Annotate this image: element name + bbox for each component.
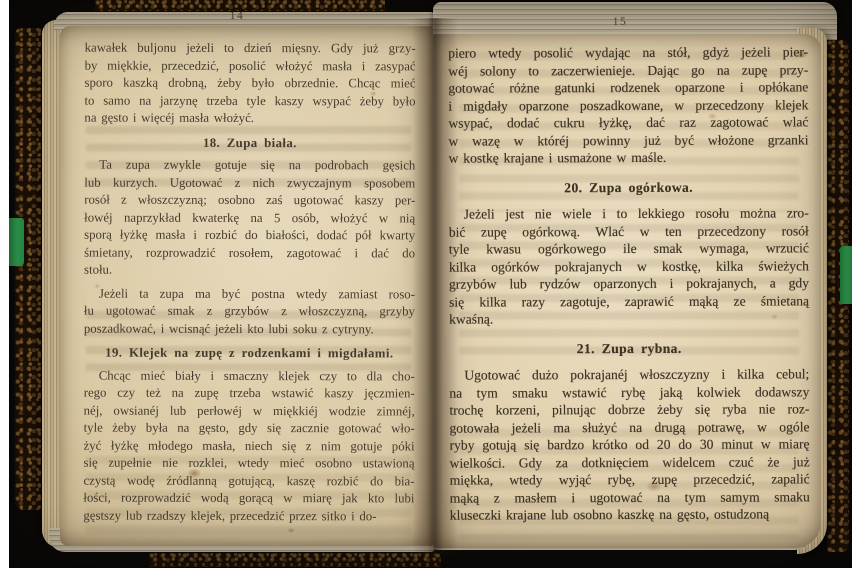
book-photo: kawałek buljonu jeżeli to dzień mięsny. … xyxy=(9,0,852,568)
photo-vignette xyxy=(9,0,852,568)
photo-canvas: kawałek buljonu jeżeli to dzień mięsny. … xyxy=(0,0,852,568)
